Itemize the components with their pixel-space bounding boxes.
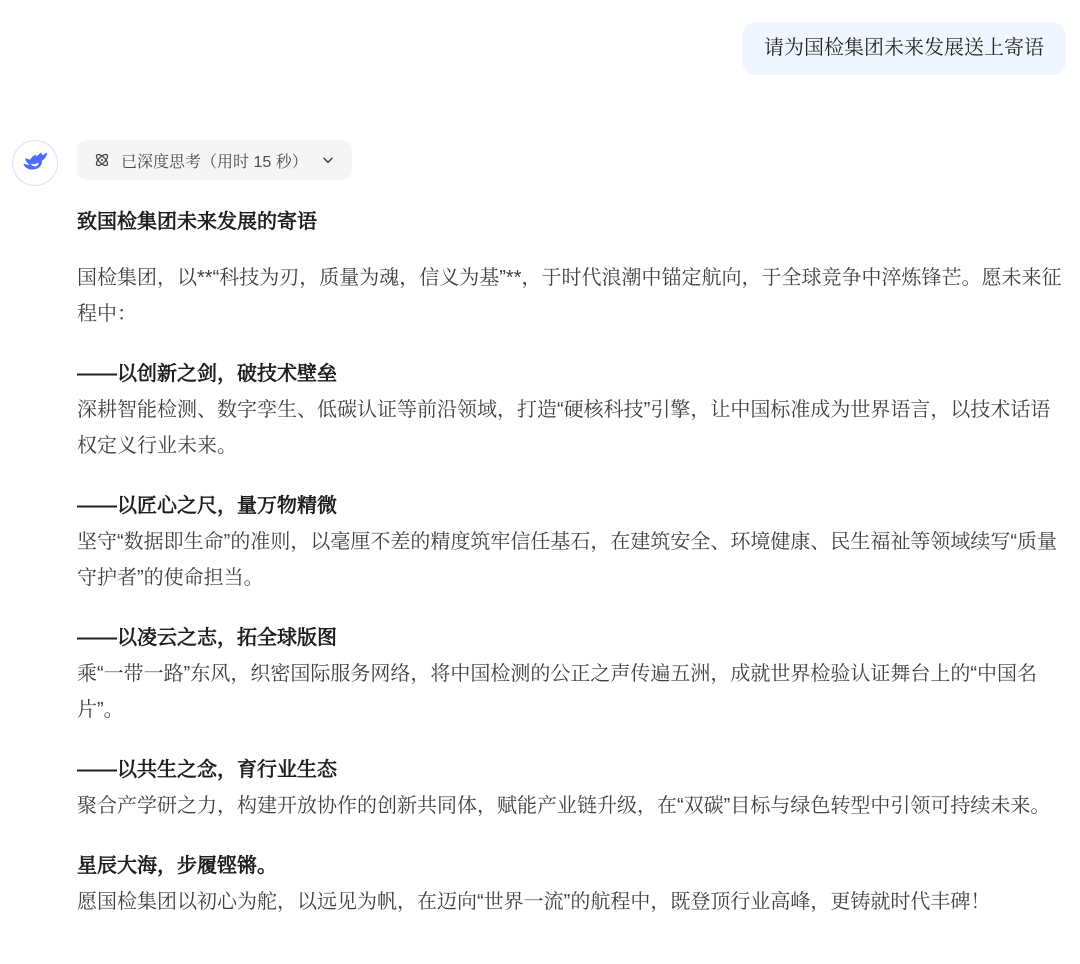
chat-conversation: 请为国检集团未来发展送上寄语 已深度思考（用时 15 秒） xyxy=(0,0,1080,964)
response-section-global: ——以凌云之志，拓全球版图 乘“一带一路”东风，织密国际服务网络，将中国检测的公… xyxy=(77,620,1064,728)
assistant-message-content: 已深度思考（用时 15 秒） 致国检集团未来发展的寄语 国检集团，以**“科技为… xyxy=(77,140,1066,944)
closing-heading: 星辰大海，步履铿锵。 xyxy=(77,848,1064,884)
response-closing: 星辰大海，步履铿锵。 愿国检集团以初心为舵，以远见为帆，在迈向“世界一流”的航程… xyxy=(77,848,1064,920)
section-body: 深耕智能检测、数字孪生、低碳认证等前沿领域，打造“硬核科技”引擎，让中国标准成为… xyxy=(77,392,1064,464)
section-body: 聚合产学研之力，构建开放协作的创新共同体，赋能产业链升级，在“双碳”目标与绿色转… xyxy=(77,788,1064,824)
response-section-ecosystem: ——以共生之念，育行业生态 聚合产学研之力，构建开放协作的创新共同体，赋能产业链… xyxy=(77,752,1064,824)
assistant-response-markdown: 致国检集团未来发展的寄语 国检集团，以**“科技为刃，质量为魂，信义为基”**，… xyxy=(77,208,1064,920)
assistant-message-row: 已深度思考（用时 15 秒） 致国检集团未来发展的寄语 国检集团，以**“科技为… xyxy=(12,140,1066,944)
chevron-down-icon xyxy=(320,152,336,168)
section-body: 坚守“数据即生命”的准则，以毫厘不差的精度筑牢信任基石，在建筑安全、环境健康、民… xyxy=(77,524,1064,596)
user-message-row: 请为国检集团未来发展送上寄语 xyxy=(12,22,1066,75)
closing-body: 愿国检集团以初心为舵，以远见为帆，在迈向“世界一流”的航程中，既登顶行业高峰，更… xyxy=(77,884,1064,920)
response-title: 致国检集团未来发展的寄语 xyxy=(77,208,1064,236)
response-section-craftsmanship: ——以匠心之尺，量万物精微 坚守“数据即生命”的准则，以毫厘不差的精度筑牢信任基… xyxy=(77,488,1064,596)
section-body: 乘“一带一路”东风，织密国际服务网络，将中国检测的公正之声传遍五洲，成就世界检验… xyxy=(77,656,1064,728)
section-heading: ——以共生之念，育行业生态 xyxy=(77,752,1064,788)
section-heading: ——以凌云之志，拓全球版图 xyxy=(77,620,1064,656)
atom-icon xyxy=(93,151,111,169)
deepseek-whale-icon xyxy=(21,147,49,180)
response-intro-paragraph: 国检集团，以**“科技为刃，质量为魂，信义为基”**，于时代浪潮中锚定航向，于全… xyxy=(77,260,1064,332)
section-heading: ——以创新之剑，破技术壁垒 xyxy=(77,356,1064,392)
response-section-innovation: ——以创新之剑，破技术壁垒 深耕智能检测、数字孪生、低碳认证等前沿领域，打造“硬… xyxy=(77,356,1064,464)
deep-think-toggle-button[interactable]: 已深度思考（用时 15 秒） xyxy=(77,140,352,180)
deepseek-avatar xyxy=(12,140,58,186)
section-heading: ——以匠心之尺，量万物精微 xyxy=(77,488,1064,524)
deep-think-label: 已深度思考（用时 15 秒） xyxy=(121,149,308,172)
user-message-bubble: 请为国检集团未来发展送上寄语 xyxy=(742,22,1066,75)
